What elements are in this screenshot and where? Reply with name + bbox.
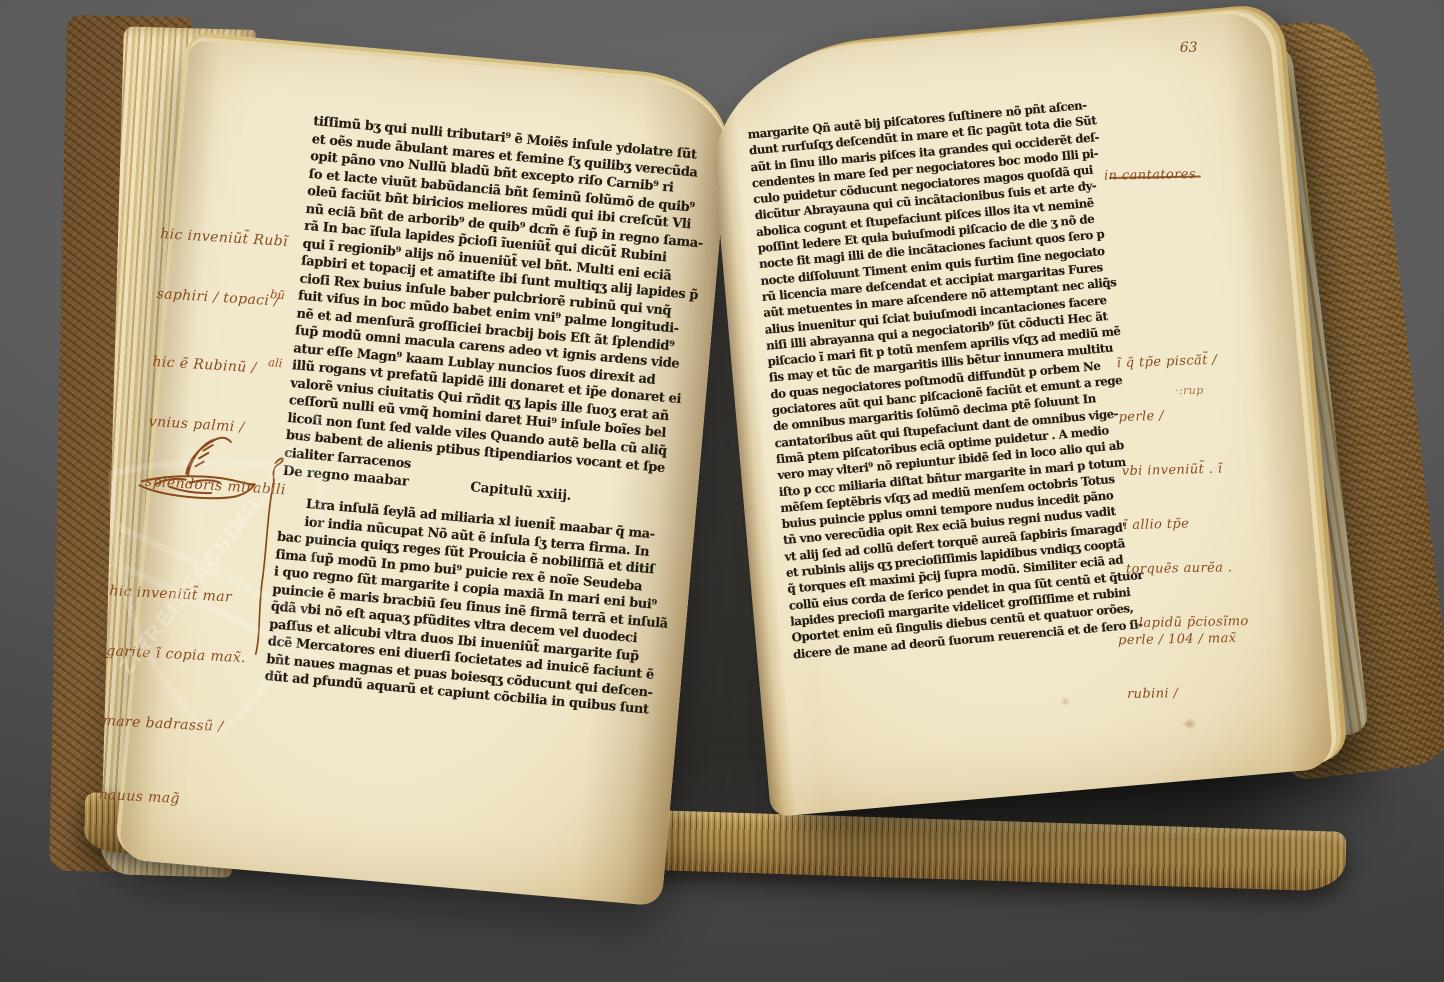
margin-note-line: nauus mag̃: [98, 785, 239, 812]
margin-note-line: rubini /: [1119, 684, 1238, 704]
margin-note-line: vbi inveniũt̃ . ĩ: [1122, 461, 1223, 482]
margin-note-line: garite ĩ copia max̃.: [106, 641, 247, 668]
margin-note-line: torquẽs aurẽa .: [1126, 559, 1248, 579]
right-page: 63 margarite Qñ autẽ bij piſcatores ſuſt…: [705, 11, 1334, 817]
margin-scribble: ·:rup: [1175, 382, 1204, 400]
folio-number: 63: [1180, 40, 1198, 56]
margin-note-104-pearls: perle / 104 / max̃ rubini /: [1117, 594, 1238, 740]
book-photo: tiſſimũ bʒ qui nulli tributari⁹ ẽ Moiẽs …: [0, 0, 1444, 982]
fox-stain: [1062, 699, 1068, 705]
left-page: tiſſimũ bʒ qui nulli tributari⁹ ẽ Moiẽs …: [118, 40, 733, 906]
printed-text-block-1: tiſſimũ bʒ qui nulli tributari⁹ ẽ Moiẽs …: [284, 113, 712, 496]
margin-note-line: perle / 104 / max̃: [1118, 630, 1237, 650]
margin-note-pearls: hic inveniũt̃ mar garite ĩ copia max̃. m…: [96, 541, 252, 852]
margin-note-line: mare badrassũ /: [102, 711, 243, 738]
margin-note-line: hic inveniũt̃ mar: [109, 581, 250, 608]
margin-mark-ali: ali: [268, 356, 283, 369]
margin-note-line: perle /: [1118, 406, 1219, 427]
margin-note-line: ĩ q̃ tp̃e piscãt̃ /: [1116, 352, 1217, 373]
printed-text-block-right: margarite Qñ autẽ bij piſcatores ſuſtine…: [747, 96, 1148, 663]
printed-text-block-2: Ltra inſulã ſeylã ad miliaria xl iuenit̃…: [264, 494, 676, 720]
margin-note-line: hic inveniũt̃ Rubĩ: [160, 224, 302, 253]
margin-mark-bu: bũ: [270, 288, 286, 301]
ship-sketch-drawing: [130, 425, 265, 524]
